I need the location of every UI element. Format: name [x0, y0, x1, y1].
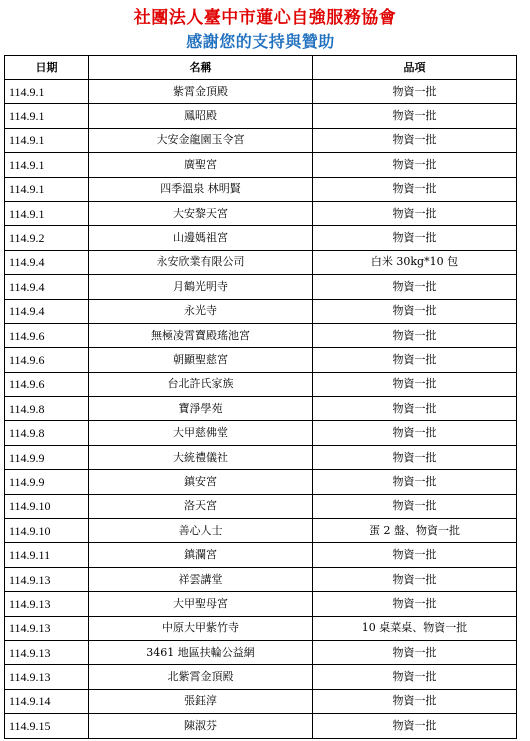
- cell-date: 114.9.10: [5, 494, 89, 518]
- cell-name: 月鶴光明寺: [89, 275, 313, 299]
- table-row: 114.9.13大甲聖母宮物資一批: [5, 592, 517, 616]
- table-row: 114.9.2山邊媽祖宮物資一批: [5, 226, 517, 250]
- cell-date: 114.9.1: [5, 177, 89, 201]
- cell-date: 114.9.14: [5, 689, 89, 713]
- cell-item: 物資一批: [313, 397, 517, 421]
- cell-date: 114.9.13: [5, 592, 89, 616]
- cell-name: 鳳昭殿: [89, 104, 313, 128]
- cell-name: 大甲聖母宮: [89, 592, 313, 616]
- cell-date: 114.9.13: [5, 665, 89, 689]
- table-row: 114.9.6朝顯聖慈宮物資一批: [5, 348, 517, 372]
- cell-item: 蛋 2 盤、物資一批: [313, 519, 517, 543]
- thank-you-subtitle: 感謝您的支持與贊助: [0, 32, 521, 52]
- cell-date: 114.9.6: [5, 323, 89, 347]
- cell-item: 物資一批: [313, 567, 517, 591]
- cell-name: 陳淑芬: [89, 714, 313, 738]
- cell-item: 物資一批: [313, 421, 517, 445]
- cell-item: 物資一批: [313, 445, 517, 469]
- cell-item: 物資一批: [313, 470, 517, 494]
- table-row: 114.9.8大甲慈佛堂物資一批: [5, 421, 517, 445]
- cell-name: 大統禮儀社: [89, 445, 313, 469]
- table-row: 114.9.1紫霄金頂殿物資一批: [5, 80, 517, 104]
- cell-date: 114.9.13: [5, 640, 89, 664]
- cell-name: 洛天宮: [89, 494, 313, 518]
- table-row: 114.9.13中原大甲紫竹寺10 桌菜桌、物資一批: [5, 616, 517, 640]
- cell-date: 114.9.13: [5, 567, 89, 591]
- table-row: 114.9.13祥雲講堂物資一批: [5, 567, 517, 591]
- cell-item: 物資一批: [313, 592, 517, 616]
- cell-name: 張鈺淳: [89, 689, 313, 713]
- cell-name: 大安黎天宮: [89, 201, 313, 225]
- cell-item: 物資一批: [313, 226, 517, 250]
- cell-name: 鎮安宮: [89, 470, 313, 494]
- cell-item: 物資一批: [313, 372, 517, 396]
- cell-date: 114.9.1: [5, 80, 89, 104]
- cell-name: 永光寺: [89, 299, 313, 323]
- table-row: 114.9.1大安金龍園玉令宮物資一批: [5, 128, 517, 152]
- table-row: 114.9.9鎮安宮物資一批: [5, 470, 517, 494]
- cell-name: 四季溫泉 林明賢: [89, 177, 313, 201]
- column-header-date: 日期: [5, 56, 89, 80]
- cell-name: 鎮瀾宮: [89, 543, 313, 567]
- cell-date: 114.9.1: [5, 128, 89, 152]
- cell-item: 物資一批: [313, 323, 517, 347]
- table-row: 114.9.6台北許氏家族物資一批: [5, 372, 517, 396]
- cell-date: 114.9.9: [5, 445, 89, 469]
- cell-date: 114.9.4: [5, 250, 89, 274]
- cell-item: 物資一批: [313, 128, 517, 152]
- cell-name: 大甲慈佛堂: [89, 421, 313, 445]
- cell-name: 祥雲講堂: [89, 567, 313, 591]
- column-header-item: 品項: [313, 56, 517, 80]
- cell-item: 物資一批: [313, 348, 517, 372]
- cell-name: 北紫霄金頂殿: [89, 665, 313, 689]
- cell-name: 永安欣業有限公司: [89, 250, 313, 274]
- cell-date: 114.9.8: [5, 421, 89, 445]
- cell-name: 朝顯聖慈宮: [89, 348, 313, 372]
- cell-item: 白米 30kg*10 包: [313, 250, 517, 274]
- cell-date: 114.9.6: [5, 372, 89, 396]
- table-row: 114.9.10善心人士蛋 2 盤、物資一批: [5, 519, 517, 543]
- cell-date: 114.9.2: [5, 226, 89, 250]
- cell-date: 114.9.10: [5, 519, 89, 543]
- cell-item: 物資一批: [313, 201, 517, 225]
- cell-date: 114.9.4: [5, 299, 89, 323]
- table-row: 114.9.1四季溫泉 林明賢物資一批: [5, 177, 517, 201]
- cell-date: 114.9.11: [5, 543, 89, 567]
- cell-item: 物資一批: [313, 640, 517, 664]
- cell-item: 物資一批: [313, 665, 517, 689]
- cell-item: 物資一批: [313, 80, 517, 104]
- cell-item: 物資一批: [313, 177, 517, 201]
- table-row: 114.9.4永光寺物資一批: [5, 299, 517, 323]
- table-row: 114.9.133461 地區扶輪公益網物資一批: [5, 640, 517, 664]
- cell-name: 山邊媽祖宮: [89, 226, 313, 250]
- table-row: 114.9.1大安黎天宮物資一批: [5, 201, 517, 225]
- table-header-row: 日期 名稱 品項: [5, 56, 517, 80]
- cell-name: 寶淨學苑: [89, 397, 313, 421]
- cell-name: 3461 地區扶輪公益網: [89, 640, 313, 664]
- column-header-name: 名稱: [89, 56, 313, 80]
- cell-date: 114.9.9: [5, 470, 89, 494]
- table-row: 114.9.4永安欣業有限公司白米 30kg*10 包: [5, 250, 517, 274]
- table-row: 114.9.11鎮瀾宮物資一批: [5, 543, 517, 567]
- table-row: 114.9.13北紫霄金頂殿物資一批: [5, 665, 517, 689]
- cell-item: 物資一批: [313, 275, 517, 299]
- table-row: 114.9.10洛天宮物資一批: [5, 494, 517, 518]
- table-row: 114.9.6無極凌霄寶殿瑤池宮物資一批: [5, 323, 517, 347]
- cell-item: 物資一批: [313, 543, 517, 567]
- cell-name: 廣聖宮: [89, 153, 313, 177]
- cell-date: 114.9.13: [5, 616, 89, 640]
- cell-name: 無極凌霄寶殿瑤池宮: [89, 323, 313, 347]
- organization-title: 社團法人臺中市蓮心自強服務協會: [0, 7, 530, 29]
- table-row: 114.9.9大統禮儀社物資一批: [5, 445, 517, 469]
- cell-item: 物資一批: [313, 714, 517, 738]
- table-row: 114.9.14張鈺淳物資一批: [5, 689, 517, 713]
- cell-item: 物資一批: [313, 153, 517, 177]
- cell-name: 紫霄金頂殿: [89, 80, 313, 104]
- table-row: 114.9.8寶淨學苑物資一批: [5, 397, 517, 421]
- donations-table: 日期 名稱 品項 114.9.1紫霄金頂殿物資一批114.9.1鳳昭殿物資一批1…: [4, 55, 517, 739]
- cell-date: 114.9.8: [5, 397, 89, 421]
- cell-item: 物資一批: [313, 104, 517, 128]
- table-row: 114.9.1鳳昭殿物資一批: [5, 104, 517, 128]
- table-body: 114.9.1紫霄金頂殿物資一批114.9.1鳳昭殿物資一批114.9.1大安金…: [5, 80, 517, 739]
- cell-item: 物資一批: [313, 299, 517, 323]
- cell-date: 114.9.1: [5, 153, 89, 177]
- cell-item: 10 桌菜桌、物資一批: [313, 616, 517, 640]
- cell-date: 114.9.1: [5, 201, 89, 225]
- cell-date: 114.9.15: [5, 714, 89, 738]
- cell-date: 114.9.4: [5, 275, 89, 299]
- cell-name: 大安金龍園玉令宮: [89, 128, 313, 152]
- cell-date: 114.9.1: [5, 104, 89, 128]
- cell-name: 善心人士: [89, 519, 313, 543]
- table-row: 114.9.4月鶴光明寺物資一批: [5, 275, 517, 299]
- cell-item: 物資一批: [313, 494, 517, 518]
- cell-item: 物資一批: [313, 689, 517, 713]
- table-row: 114.9.1廣聖宮物資一批: [5, 153, 517, 177]
- table-row: 114.9.15陳淑芬物資一批: [5, 714, 517, 738]
- cell-name: 台北許氏家族: [89, 372, 313, 396]
- cell-date: 114.9.6: [5, 348, 89, 372]
- cell-name: 中原大甲紫竹寺: [89, 616, 313, 640]
